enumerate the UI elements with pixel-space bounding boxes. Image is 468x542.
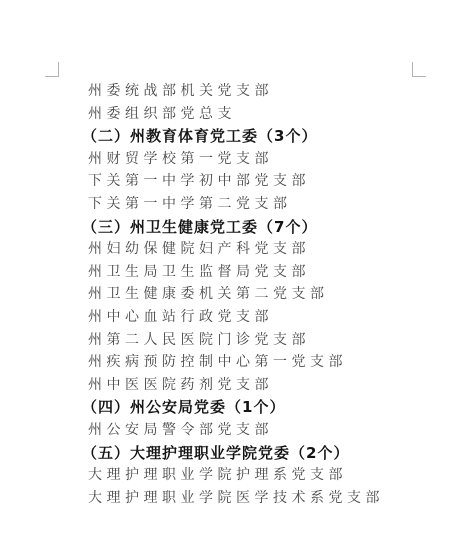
section-heading[interactable]: （五）大理护理职业学院党委（2个） xyxy=(60,442,420,465)
list-item[interactable]: 州妇幼保健院妇产科党支部 xyxy=(60,238,420,261)
list-item[interactable]: 州中医医院药剂党支部 xyxy=(60,374,420,397)
section-heading[interactable]: （二）州教育体育党工委（3个） xyxy=(60,125,420,148)
list-item[interactable]: 州第二人民医院门诊党支部 xyxy=(60,329,420,352)
document-lines[interactable]: 州委统战部机关党支部州委组织部党总支（二）州教育体育党工委（3个）州财贸学校第一… xyxy=(60,80,420,509)
list-item[interactable]: 州疾病预防控制中心第一党支部 xyxy=(60,351,420,374)
list-item[interactable]: 州卫生局卫生监督局党支部 xyxy=(60,261,420,284)
list-item[interactable]: 州财贸学校第一党支部 xyxy=(60,148,420,171)
document-page: 州委统战部机关党支部州委组织部党总支（二）州教育体育党工委（3个）州财贸学校第一… xyxy=(0,0,468,542)
section-heading[interactable]: （三）州卫生健康党工委（7个） xyxy=(60,216,420,239)
list-item[interactable]: 州公安局警令部党支部 xyxy=(60,419,420,442)
list-item[interactable]: 州委组织部党总支 xyxy=(60,103,420,126)
page-margin-mark-top-left xyxy=(45,62,59,77)
list-item[interactable]: 州卫生健康委机关第二党支部 xyxy=(60,283,420,306)
list-item[interactable]: 下关第一中学初中部党支部 xyxy=(60,170,420,193)
list-item[interactable]: 大理护理职业学院护理系党支部 xyxy=(60,464,420,487)
list-item[interactable]: 大理护理职业学院医学技术系党支部 xyxy=(60,487,420,510)
page-margin-mark-top-right xyxy=(412,62,426,77)
list-item[interactable]: 州委统战部机关党支部 xyxy=(60,80,420,103)
list-item[interactable]: 州中心血站行政党支部 xyxy=(60,306,420,329)
list-item[interactable]: 下关第一中学第二党支部 xyxy=(60,193,420,216)
section-heading[interactable]: （四）州公安局党委（1个） xyxy=(60,396,420,419)
